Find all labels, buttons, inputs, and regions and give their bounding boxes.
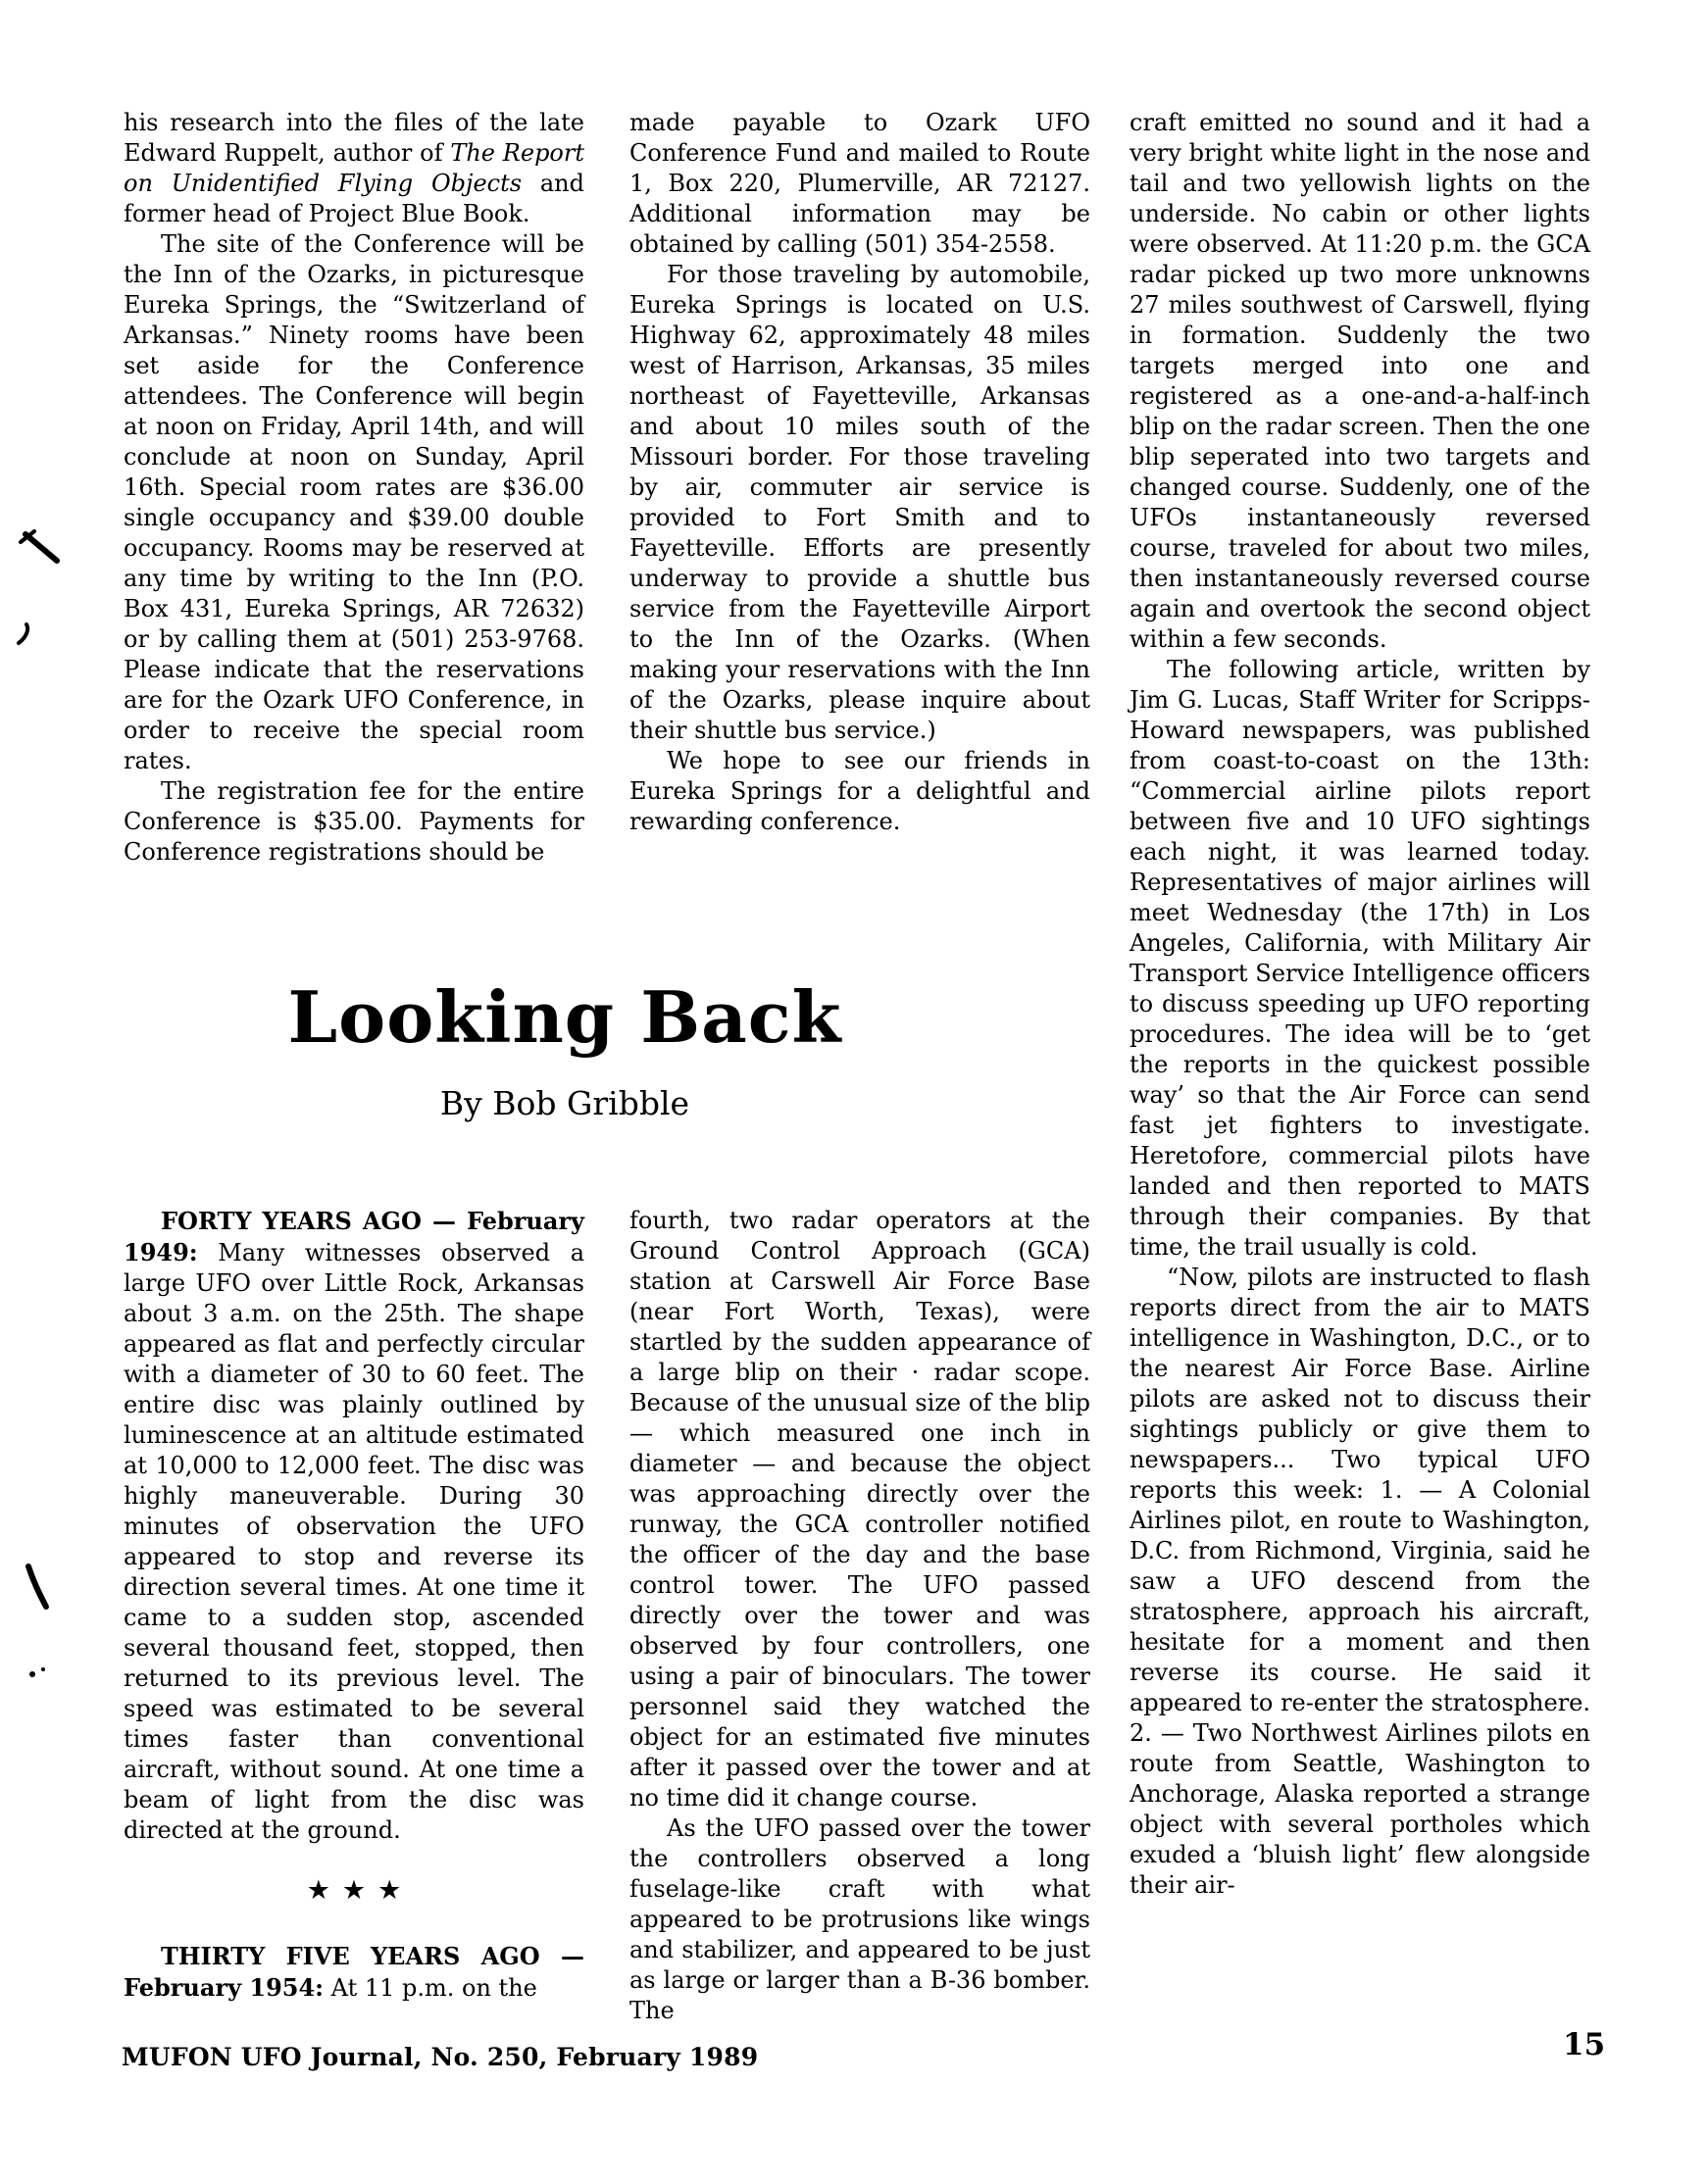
paragraph: “Now, pilots are instructed to flash rep… [1130, 1263, 1590, 1901]
paragraph: made payable to Ozark UFO Conference Fun… [629, 108, 1090, 260]
paragraph: craft emitted no sound and it had a very… [1130, 108, 1590, 655]
page-number: 15 [1563, 2027, 1605, 2062]
text-run: At 11 p.m. on the [324, 1974, 537, 2002]
column-right: craft emitted no sound and it had a very… [1130, 108, 1590, 1901]
article-byline: By Bob Gribble [124, 1084, 1006, 1122]
paragraph: We hope to see our friends in Eureka Spr… [629, 746, 1090, 837]
text-run: Many witnesses observed a large UFO over… [124, 1239, 584, 1844]
article-title: Looking Back [124, 980, 1006, 1055]
paragraph: As the UFO passed over the tower the con… [629, 1813, 1090, 2026]
pen-double-dot-mark [27, 1664, 51, 1680]
paragraph: The registration fee for the entire Conf… [124, 776, 584, 868]
paragraph: fourth, two radar operators at the Groun… [629, 1206, 1090, 1813]
text-run: The following article, written by Jim G.… [1130, 656, 1590, 1261]
column-left-bottom: FORTY YEARS AGO — February 1949: Many wi… [124, 1206, 584, 2004]
text-run: The registration fee for the entire Conf… [124, 777, 584, 866]
text-run: The site of the Conference will be the I… [124, 230, 584, 774]
paragraph: The following article, written by Jim G.… [1130, 655, 1590, 1263]
pen-comma-mark [16, 621, 35, 647]
paragraph: FORTY YEARS AGO — February 1949: Many wi… [124, 1206, 584, 1846]
text-run: As the UFO passed over the tower the con… [629, 1814, 1090, 2024]
text-run: made payable to Ozark UFO Conference Fun… [629, 109, 1090, 258]
text-run: “Now, pilots are instructed to flash rep… [1130, 1264, 1590, 1899]
pen-stroke-curve-mark [24, 1563, 53, 1612]
star-separator: ★★★ [124, 1875, 584, 1906]
text-run: craft emitted no sound and it had a very… [1130, 109, 1590, 653]
text-run: For those traveling by automobile, Eurek… [629, 261, 1090, 744]
paragraph: For those traveling by automobile, Eurek… [629, 260, 1090, 746]
paragraph: The site of the Conference will be the I… [124, 229, 584, 776]
paragraph: THIRTY FIVE YEARS AGO — February 1954: A… [124, 1941, 584, 2004]
article-header: Looking Back By Bob Gribble [124, 980, 1006, 1122]
paragraph: his research into the files of the late … [124, 108, 584, 229]
text-run: fourth, two radar operators at the Groun… [629, 1207, 1090, 1812]
column-left-top: his research into the files of the late … [124, 108, 584, 868]
column-middle-bottom: fourth, two radar operators at the Groun… [629, 1206, 1090, 2026]
footer-journal-line: MUFON UFO Journal, No. 250, February 198… [122, 2043, 758, 2071]
pen-stroke-arrow-mark [18, 525, 63, 569]
text-run: We hope to see our friends in Eureka Spr… [629, 747, 1090, 835]
column-middle-top: made payable to Ozark UFO Conference Fun… [629, 108, 1090, 837]
magazine-page: his research into the files of the late … [0, 0, 1708, 2184]
